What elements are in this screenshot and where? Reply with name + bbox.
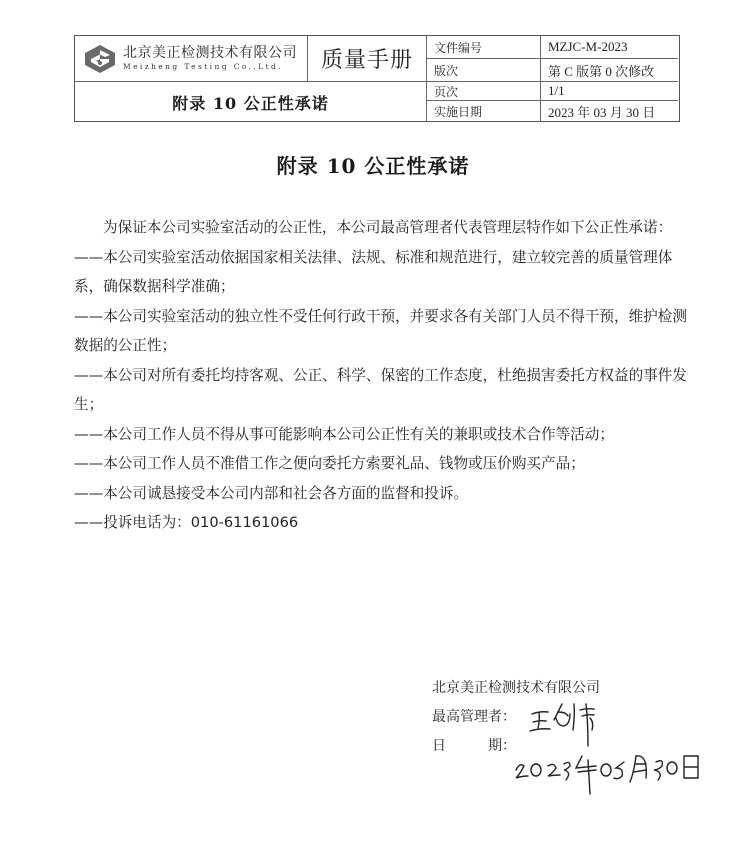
doc-number-label: 文件编号 bbox=[427, 36, 541, 59]
handwritten-date-icon bbox=[512, 748, 712, 798]
commitment-item: ——本公司工作人员不得从事可能影响本公司公正性有关的兼职或技术合作等活动； bbox=[74, 420, 694, 450]
appendix-title: 附录 10 公正性承诺 bbox=[75, 82, 427, 122]
document-body: 为保证本公司实验室活动的公正性，本公司最高管理者代表管理层特作如下公正性承诺： … bbox=[74, 213, 694, 538]
edition-label: 版次 bbox=[427, 59, 541, 82]
company-logo-icon bbox=[83, 44, 117, 74]
document-title: 附录 10 公正性承诺 bbox=[0, 150, 746, 179]
signature-company: 北京美正检测技术有限公司 bbox=[432, 674, 600, 703]
effective-date-value: 2023 年 03 月 30 日 bbox=[541, 101, 678, 122]
company-name-cn: 北京美正检测技术有限公司 bbox=[123, 46, 297, 60]
commitment-item: ——本公司实验室活动依据国家相关法律、法规、标准和规范进行，建立较完善的质量管理… bbox=[74, 243, 694, 302]
handwritten-signature-icon bbox=[528, 700, 618, 750]
company-name-en: Meizheng Testing Co.,Ltd. bbox=[123, 63, 297, 71]
commitment-item: ——本公司实验室活动的独立性不受任何行政干预，并要求各有关部门人员不得干预，维护… bbox=[74, 302, 694, 361]
complaint-phone: ——投诉电话为：010-61161066 bbox=[74, 508, 694, 538]
page-label: 页次 bbox=[427, 82, 541, 101]
doc-number-value: MZJC-M-2023 bbox=[541, 36, 678, 59]
document-header-table: 北京美正检测技术有限公司 Meizheng Testing Co.,Ltd. 质… bbox=[74, 35, 680, 122]
company-logo-cell: 北京美正检测技术有限公司 Meizheng Testing Co.,Ltd. bbox=[75, 36, 308, 82]
effective-date-label: 实施日期 bbox=[427, 101, 541, 122]
commitment-item: ——本公司对所有委托均持客观、公正、科学、保密的工作态度，杜绝损害委托方权益的事… bbox=[74, 361, 694, 420]
commitment-item: ——本公司诚恳接受本公司内部和社会各方面的监督和投诉。 bbox=[74, 479, 694, 509]
edition-value: 第 C 版第 0 次修改 bbox=[541, 59, 678, 82]
intro-paragraph: 为保证本公司实验室活动的公正性，本公司最高管理者代表管理层特作如下公正性承诺： bbox=[74, 213, 694, 243]
commitment-item: ——本公司工作人员不准借工作之便向委托方索要礼品、钱物或压价购买产品； bbox=[74, 449, 694, 479]
manual-title: 质量手册 bbox=[308, 36, 427, 82]
page-value: 1/1 bbox=[541, 82, 678, 101]
